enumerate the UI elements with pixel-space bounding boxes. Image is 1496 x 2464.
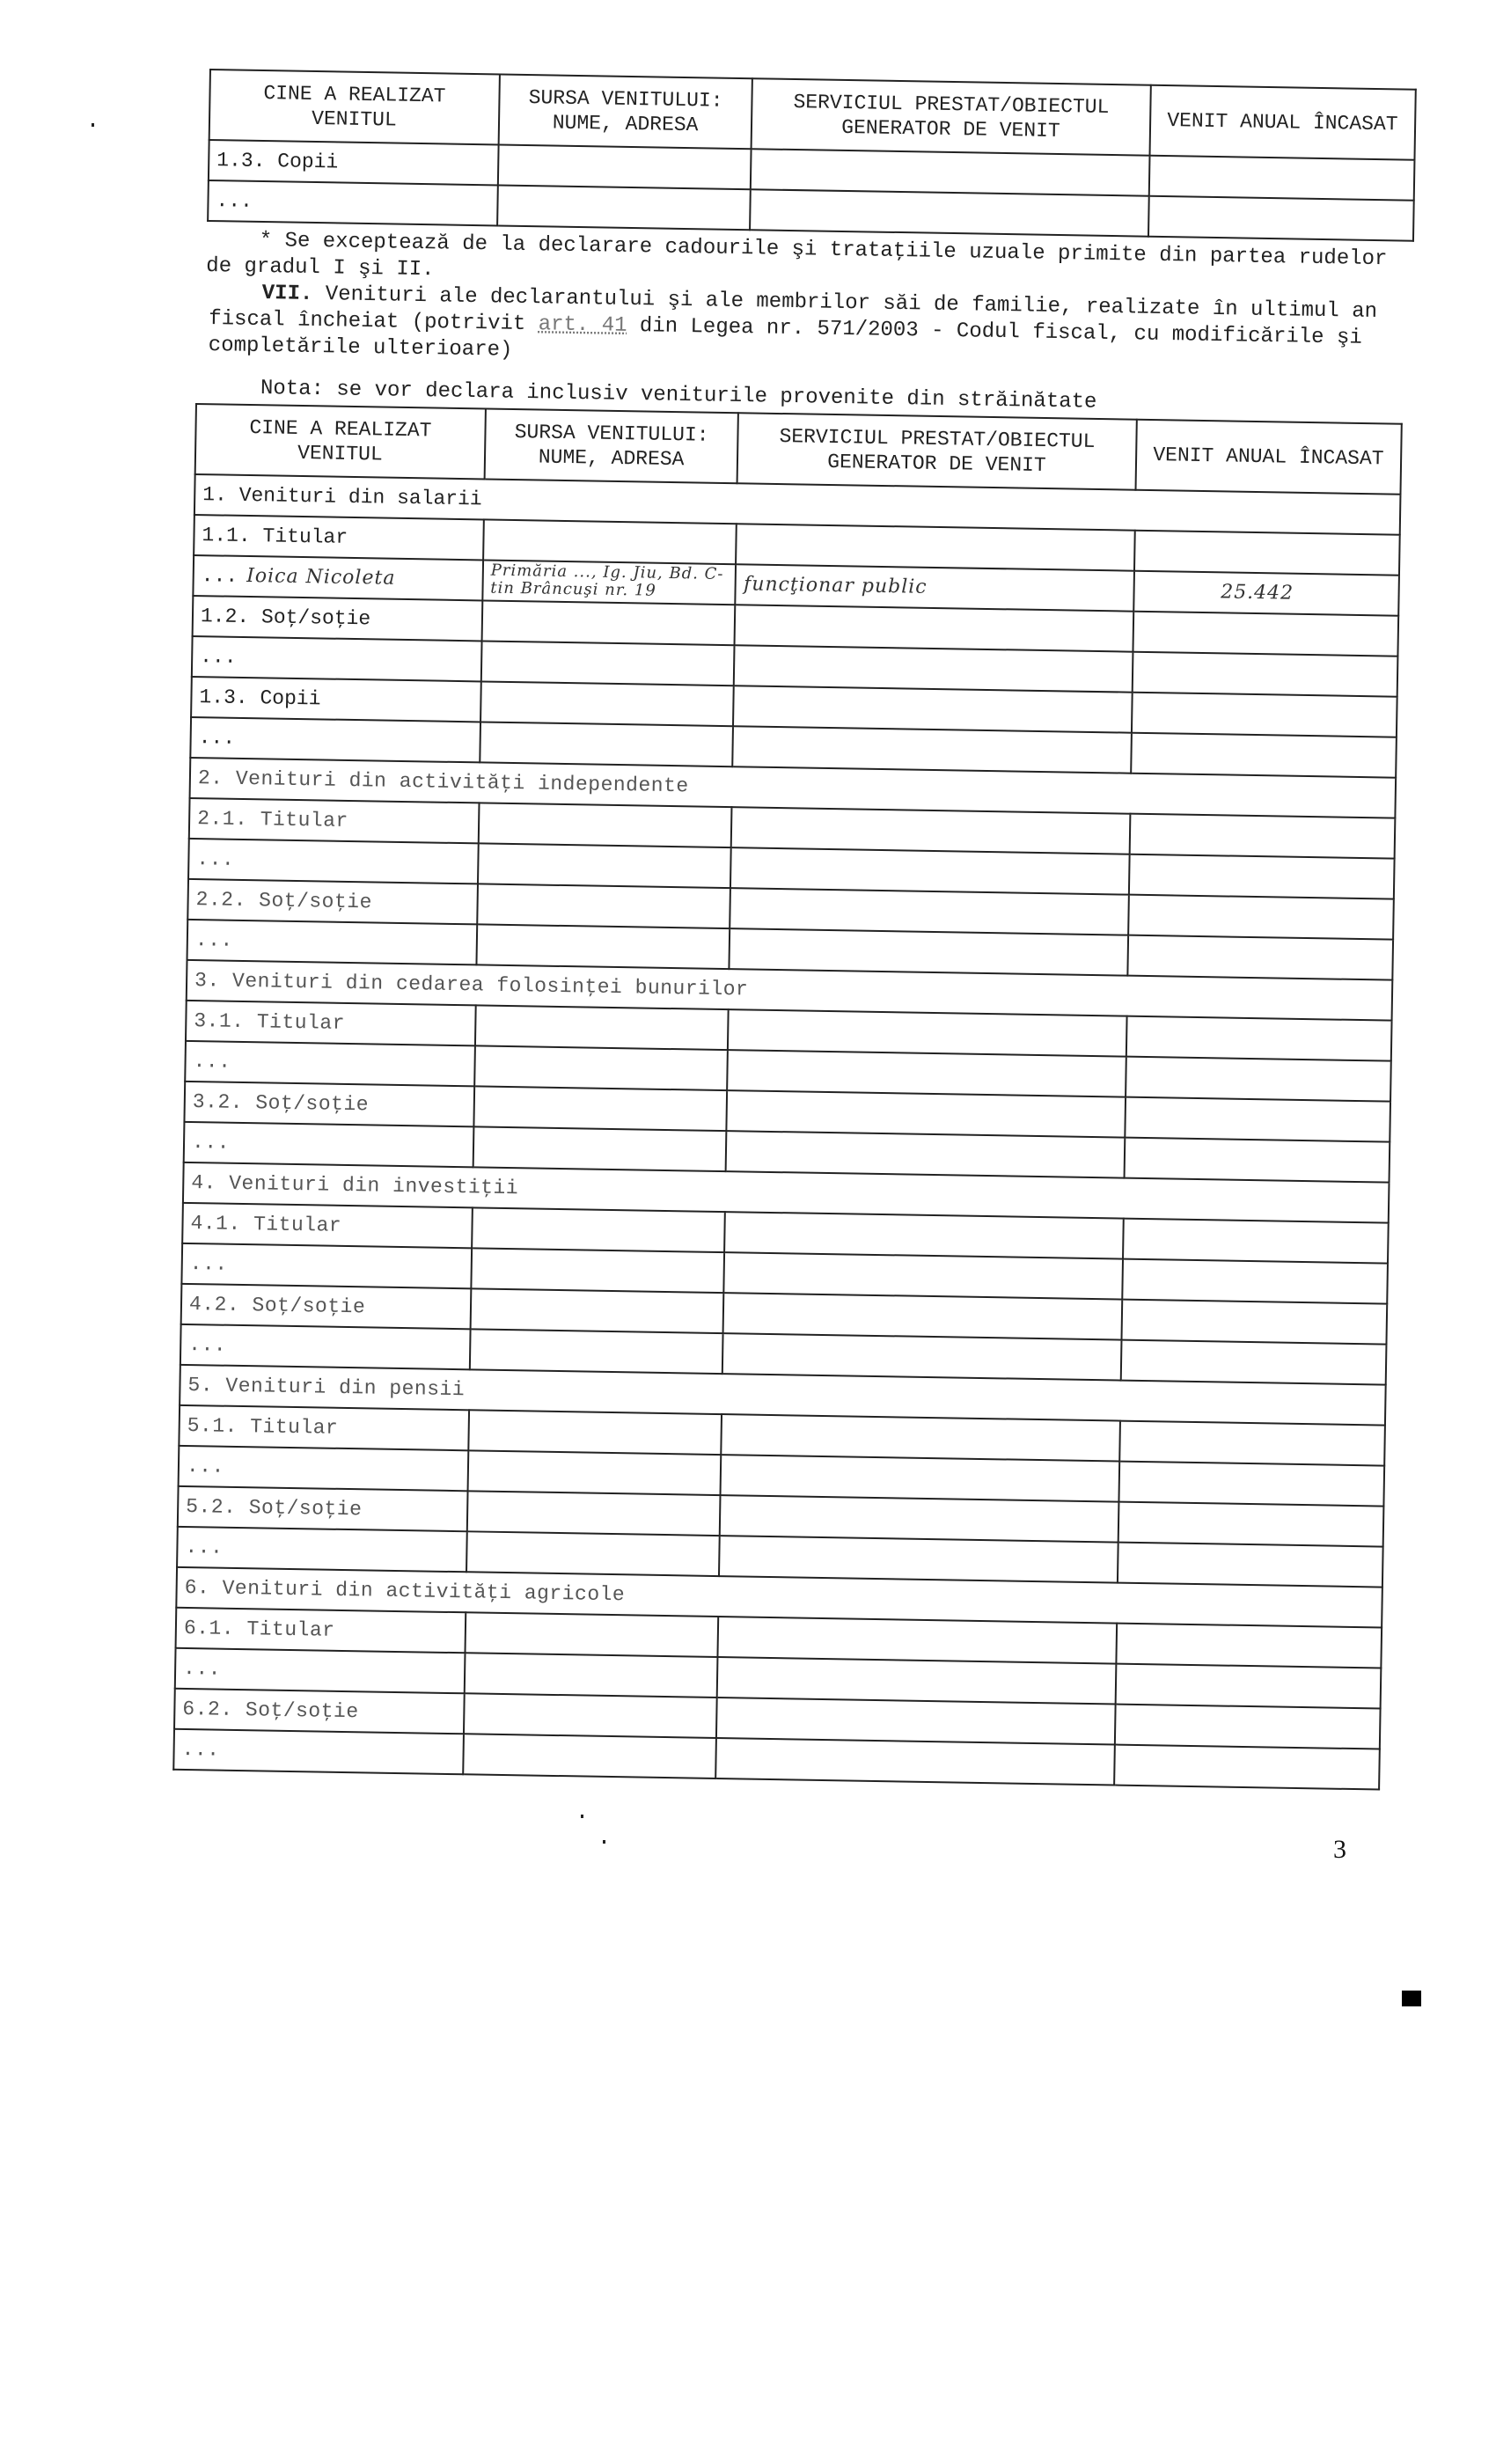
row-label-text: 5.1. Titular (187, 1414, 339, 1440)
income-cell (1118, 1502, 1383, 1547)
income-cell (1134, 531, 1400, 576)
row-label: ... (177, 1527, 467, 1572)
column-header-source: SURSA VENITULUI: NUME, ADRESA (484, 408, 738, 483)
income-cell (1132, 652, 1397, 697)
income-cell (1123, 1219, 1389, 1264)
income-cell (1125, 1097, 1390, 1142)
handwritten-name: Ioica Nicoleta (246, 565, 396, 590)
source-cell (478, 843, 731, 888)
section-vii-intro: VII. Venituri ale declarantului şi ale m… (208, 280, 1433, 422)
row-label-text: 1.1. Titular (202, 524, 348, 549)
column-header-source: SURSA VENITULUI: NUME, ADRESA (498, 74, 752, 149)
row-label: 2.1. Titular (189, 798, 480, 843)
row-label: ... (181, 1243, 472, 1288)
row-label-text: ... (193, 1050, 231, 1074)
column-header-income: VENIT ANUAL ÎNCASAT (1135, 420, 1402, 495)
service-cell (723, 1293, 1122, 1339)
service-cell (733, 726, 1132, 773)
service-cell (731, 807, 1130, 854)
service-cell: funcţionar public (736, 564, 1134, 611)
service-cell (737, 524, 1135, 570)
row-label-text: ... (183, 1657, 221, 1681)
handwritten-source: Primăria ..., Ig. Jiu, Bd. C-tin Brâncuş… (490, 562, 728, 601)
source-cell (480, 681, 734, 726)
source-cell (477, 884, 730, 928)
carry-over-table: CINE A REALIZAT VENITUL SURSA VENITULUI:… (206, 69, 1417, 300)
column-header-service: SERVICIUL PRESTAT/OBIECTUL GENERATOR DE … (737, 413, 1136, 489)
row-label-text: ... (185, 1536, 223, 1559)
income-cell (1119, 1421, 1385, 1466)
row-label: ... (208, 180, 498, 225)
source-cell (463, 1734, 716, 1778)
row-label: ... (173, 1729, 464, 1774)
source-cell (470, 1288, 723, 1333)
row-label: ... (180, 1324, 471, 1369)
row-label: 6.1. Titular (176, 1608, 466, 1653)
source-cell (475, 1005, 729, 1050)
source-cell (476, 924, 730, 969)
service-cell (735, 605, 1133, 651)
source-cell (472, 1207, 725, 1252)
row-label-text: ... (187, 1455, 224, 1478)
row-label-text: 1.2. Soţ/soţie (201, 605, 371, 630)
source-cell (473, 1126, 726, 1171)
service-cell (726, 1131, 1125, 1177)
row-label: ... (190, 717, 480, 762)
income-cell (1114, 1745, 1380, 1790)
row-label: 4.1. Titular (182, 1203, 473, 1248)
income-cell (1127, 935, 1393, 980)
service-cell (730, 928, 1128, 975)
row-label: 5.2. Soţ/soţie (178, 1486, 468, 1531)
row-label-text: ... (192, 1131, 230, 1155)
service-cell (725, 1212, 1124, 1258)
row-label-text: 6.2. Soţ/soţie (182, 1698, 359, 1723)
row-label: ...Ioica Nicoleta (193, 555, 483, 600)
source-cell (465, 1612, 718, 1657)
row-label: ... (187, 920, 478, 964)
income-cell (1116, 1624, 1382, 1668)
scan-speck (581, 1815, 583, 1818)
income-cell (1117, 1543, 1382, 1588)
service-cell (719, 1536, 1118, 1582)
income-cell (1115, 1664, 1381, 1709)
income-cell (1120, 1340, 1386, 1385)
income-cell: 25.442 (1133, 571, 1399, 616)
row-label-text: ... (195, 928, 233, 952)
row-label: 3.2. Soţ/soţie (184, 1082, 474, 1126)
source-cell (464, 1693, 717, 1738)
row-label-text: 1.3. Copii (199, 686, 320, 710)
service-cell (718, 1617, 1117, 1663)
income-cell (1122, 1259, 1388, 1304)
service-cell (724, 1252, 1123, 1299)
income-cell (1114, 1705, 1380, 1749)
row-label-text: 3.2. Soţ/soţie (193, 1090, 370, 1116)
row-label: 1.3. Copii (191, 677, 481, 722)
service-cell (721, 1455, 1119, 1501)
income-cell (1148, 156, 1414, 201)
service-cell (722, 1414, 1120, 1461)
service-cell (734, 645, 1133, 692)
income-table: CINE A REALIZAT VENITUL SURSA VENITULUI:… (172, 403, 1403, 1791)
section-number: VII. (262, 282, 313, 306)
service-cell (720, 1495, 1118, 1542)
income-table-body: 1. Venituri din salarii1.1. Titular...Io… (173, 474, 1400, 1790)
scan-speck (603, 1840, 605, 1844)
row-label-text: 6.1. Titular (184, 1617, 335, 1642)
income-cell (1126, 1057, 1391, 1102)
source-cell (473, 1086, 727, 1131)
service-cell (727, 1090, 1126, 1137)
income-cell (1121, 1300, 1387, 1345)
service-cell (716, 1738, 1115, 1785)
source-cell (471, 1248, 724, 1293)
row-label-text: 2.1. Titular (197, 807, 348, 832)
source-cell: Primăria ..., Ig. Jiu, Bd. C-tin Brâncuş… (482, 560, 736, 605)
row-label: ... (185, 1041, 475, 1086)
income-cell (1128, 895, 1394, 940)
row-label: 1.2. Soţ/soţie (193, 596, 483, 641)
service-cell (717, 1657, 1116, 1704)
service-cell (751, 149, 1149, 195)
source-cell (466, 1531, 720, 1576)
row-label-text: ... (190, 1252, 228, 1276)
source-cell (497, 185, 751, 230)
page-number: 3 (1333, 1835, 1346, 1865)
row-label-text: 2.2. Soţ/soţie (195, 888, 372, 913)
income-cell (1133, 612, 1398, 656)
column-header-income: VENIT ANUAL ÎNCASAT (1149, 85, 1416, 160)
service-cell (733, 686, 1132, 732)
source-cell (479, 803, 732, 847)
income-cell (1126, 1016, 1391, 1061)
source-cell (480, 722, 733, 766)
source-cell (468, 1410, 722, 1455)
source-cell (483, 519, 737, 564)
income-cell (1148, 196, 1414, 241)
row-label-text: 4.1. Titular (190, 1212, 341, 1237)
service-cell (730, 847, 1129, 894)
service-cell (716, 1698, 1115, 1744)
column-header-who: CINE A REALIZAT VENITUL (195, 404, 486, 479)
row-label: 2.2. Soţ/soţie (187, 879, 478, 924)
row-label: 1.3. Copii (209, 140, 499, 185)
row-label: 4.2. Soţ/soţie (181, 1284, 472, 1329)
source-cell (498, 144, 752, 189)
income-cell (1128, 854, 1394, 899)
service-cell (730, 888, 1129, 935)
row-label-text: 5.2. Soţ/soţie (186, 1495, 363, 1521)
source-cell (481, 600, 735, 645)
row-label-text: ... (200, 645, 237, 669)
source-cell (467, 1450, 721, 1495)
scan-speck (92, 123, 94, 127)
income-cell (1118, 1462, 1384, 1507)
column-header-who: CINE A REALIZAT VENITUL (209, 70, 500, 144)
row-label: 6.2. Soţ/soţie (174, 1689, 465, 1734)
row-label: ... (188, 839, 479, 884)
income-cell (1132, 693, 1397, 737)
row-label-text: ... (196, 847, 234, 871)
row-label: ... (179, 1446, 469, 1491)
service-cell (722, 1333, 1121, 1380)
service-cell (751, 189, 1149, 236)
source-cell (470, 1329, 723, 1374)
income-cell (1129, 814, 1395, 859)
row-label-text: ... (198, 726, 235, 750)
income-cell (1131, 733, 1397, 778)
row-label: 1.1. Titular (194, 515, 484, 560)
source-cell (465, 1653, 718, 1698)
income-cell (1124, 1138, 1390, 1183)
row-label: ... (192, 636, 482, 681)
source-cell (467, 1491, 721, 1536)
row-label: ... (184, 1122, 474, 1167)
row-label: ... (175, 1648, 466, 1693)
row-label-text: 4.2. Soţ/soţie (189, 1293, 366, 1318)
source-cell (481, 641, 735, 686)
scan-mark (1402, 1991, 1421, 2006)
source-cell (474, 1045, 728, 1090)
handwritten-income: 25.442 (1221, 581, 1294, 604)
row-label: 5.1. Titular (179, 1405, 469, 1450)
handwritten-service: funcţionar public (744, 573, 928, 598)
row-label: 3.1. Titular (186, 1001, 476, 1045)
service-cell (728, 1050, 1126, 1096)
law-article-link[interactable]: art. 41 (538, 312, 627, 338)
scanned-page: CINE A REALIZAT VENITUL SURSA VENITULUI:… (0, 0, 1496, 2464)
row-label-text: 3.1. Titular (194, 1009, 345, 1035)
row-label-text: ... (188, 1333, 226, 1357)
row-label-text: ... (202, 564, 238, 588)
column-header-service: SERVICIUL PRESTAT/OBIECTUL GENERATOR DE … (752, 78, 1150, 155)
service-cell (728, 1009, 1126, 1056)
row-label-text: ... (181, 1738, 219, 1762)
